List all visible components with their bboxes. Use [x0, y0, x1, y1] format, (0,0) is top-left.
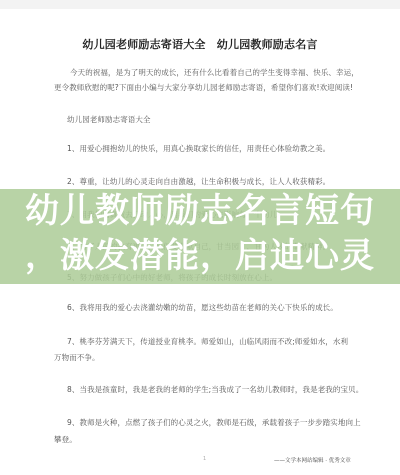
intro-paragraph-line-2: 更令教师欣慰的呢?下面由小编与大家分享幼儿园老师励志寄语，希望你们喜欢!欢迎阅读…	[54, 82, 353, 93]
list-item-continuation: 攀登。	[54, 434, 77, 445]
page-number: 1	[203, 456, 206, 462]
headline-line-1: 幼儿教师励志名言短句	[0, 191, 400, 231]
list-item: 9、教师是火种，点燃了孩子们的心灵之火，教师是石级，承载着孩子一步步踏实地向上	[67, 417, 361, 428]
document-title: 幼儿园老师励志寄语大全 幼儿园教师励志名言	[0, 36, 400, 52]
intro-paragraph-line-1: 今天的祝福，是为了明天的成长，还有什么比看着自己的学生变得幸福、快乐、幸运，	[70, 67, 359, 78]
source-attribution: ——文学本网站编辑 · 优秀文章	[274, 456, 351, 464]
list-item: 2、尊重，让幼儿的心灵走向自由激越，让生命积极与成长，让人人收获精彩。	[67, 176, 330, 187]
list-item: 6、我将用我的爱心去浇灌幼嫩的幼苗，愿这些幼苗在老师的关心下快乐的成长。	[67, 302, 338, 313]
section-subheading: 幼儿园老师励志寄语大全	[67, 114, 151, 125]
list-item: 1、用爱心拥抱幼儿的快乐，用真心换取家长的信任，用责任心体验幼教之美。	[67, 143, 330, 154]
list-item: 8、当我是孩童时，我是老我的老师的学生;当我成了一名幼儿教师时，我是老我的宝贝。	[67, 384, 363, 395]
list-item-continuation: 万物而不争。	[54, 352, 100, 363]
top-bar	[0, 0, 400, 9]
headline-line-2: ，激发潜能，启迪心灵	[0, 236, 400, 276]
list-item: 7、桃李芬芳满天下，传道授业育桃李。师爱如山，山临风雨而不改;师爱如水，水利	[67, 336, 348, 347]
